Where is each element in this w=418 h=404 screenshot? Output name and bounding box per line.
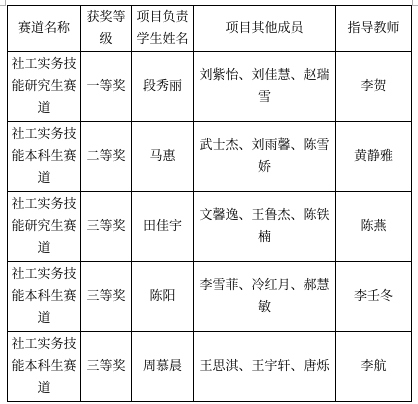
cell-award: 二等奖	[81, 122, 132, 192]
cell-track: 社工实务技能本科生赛道	[8, 332, 81, 402]
cell-track: 社工实务技能本科生赛道	[8, 122, 81, 192]
cell-award: 三等奖	[81, 192, 132, 262]
header-leader: 项目负责学生姓名	[132, 6, 194, 52]
cell-leader: 段秀丽	[132, 52, 194, 122]
cell-award: 三等奖	[81, 262, 132, 332]
table-row: 社工实务技能本科生赛道 三等奖 陈阳 李雪菲、冷红月、郝慧敏 李壬冬	[8, 262, 412, 332]
cell-members: 王思淇、王宇轩、唐烁	[194, 332, 336, 402]
cell-track: 社工实务技能本科生赛道	[8, 262, 81, 332]
cell-award: 一等奖	[81, 52, 132, 122]
table-header-row: 赛道名称 获奖等级 项目负责学生姓名 项目其他成员 指导教师	[8, 6, 412, 52]
header-award: 获奖等级	[81, 6, 132, 52]
table-row: 社工实务技能研究生赛道 一等奖 段秀丽 刘紫怡、刘佳慧、赵瑞雪 李贺	[8, 52, 412, 122]
cell-track: 社工实务技能研究生赛道	[8, 52, 81, 122]
header-track: 赛道名称	[8, 6, 81, 52]
award-table: 赛道名称 获奖等级 项目负责学生姓名 项目其他成员 指导教师 社工实务技能研究生…	[7, 5, 412, 402]
cell-leader: 田佳宇	[132, 192, 194, 262]
cell-advisor: 李贺	[336, 52, 412, 122]
page-corner-mark-top-left	[0, 0, 6, 6]
cell-award: 三等奖	[81, 332, 132, 402]
cell-advisor: 陈燕	[336, 192, 412, 262]
cell-members: 李雪菲、冷红月、郝慧敏	[194, 262, 336, 332]
cell-members: 文馨逸、王鲁杰、陈铁楠	[194, 192, 336, 262]
table-row: 社工实务技能本科生赛道 二等奖 马惠 武士杰、刘雨馨、陈雪娇 黄静雅	[8, 122, 412, 192]
cell-members: 刘紫怡、刘佳慧、赵瑞雪	[194, 52, 336, 122]
table-row: 社工实务技能本科生赛道 三等奖 周慕晨 王思淇、王宇轩、唐烁 李航	[8, 332, 412, 402]
cell-advisor: 黄静雅	[336, 122, 412, 192]
page-corner-mark-top-right	[412, 0, 418, 6]
cell-leader: 马惠	[132, 122, 194, 192]
header-advisor: 指导教师	[336, 6, 412, 52]
header-members: 项目其他成员	[194, 6, 336, 52]
cell-leader: 陈阳	[132, 262, 194, 332]
cell-track: 社工实务技能研究生赛道	[8, 192, 81, 262]
cell-advisor: 李航	[336, 332, 412, 402]
table-row: 社工实务技能研究生赛道 三等奖 田佳宇 文馨逸、王鲁杰、陈铁楠 陈燕	[8, 192, 412, 262]
cell-members: 武士杰、刘雨馨、陈雪娇	[194, 122, 336, 192]
cell-leader: 周慕晨	[132, 332, 194, 402]
cell-advisor: 李壬冬	[336, 262, 412, 332]
